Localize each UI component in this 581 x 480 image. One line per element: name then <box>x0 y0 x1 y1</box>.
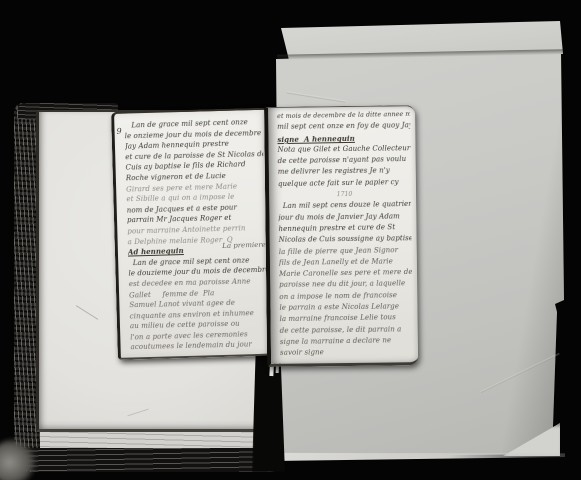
manuscript-line: savoir signe <box>280 346 413 359</box>
page-crease <box>76 305 99 320</box>
margin-mark: 9 <box>116 127 121 136</box>
right-manuscript-page: et mois de decembre de la ditte annee mo… <box>264 105 418 367</box>
manuscript-text-block: Lan de grace mil sept cent onzele onziem… <box>124 117 268 354</box>
book-edge-bottom <box>16 448 282 472</box>
left-manuscript-page: 9 La premiere Lan de grace mil sept cent… <box>111 108 272 360</box>
manuscript-line: acoutumees le lendemain du jour <box>130 340 268 354</box>
page-crease <box>127 409 148 417</box>
paper-wrapper-bottom-edge <box>273 452 565 461</box>
archive-photograph: 9 La premiere Lan de grace mil sept cent… <box>0 0 581 480</box>
manuscript-text-block: et mois de decembre de la ditte annee mo… <box>277 109 413 359</box>
